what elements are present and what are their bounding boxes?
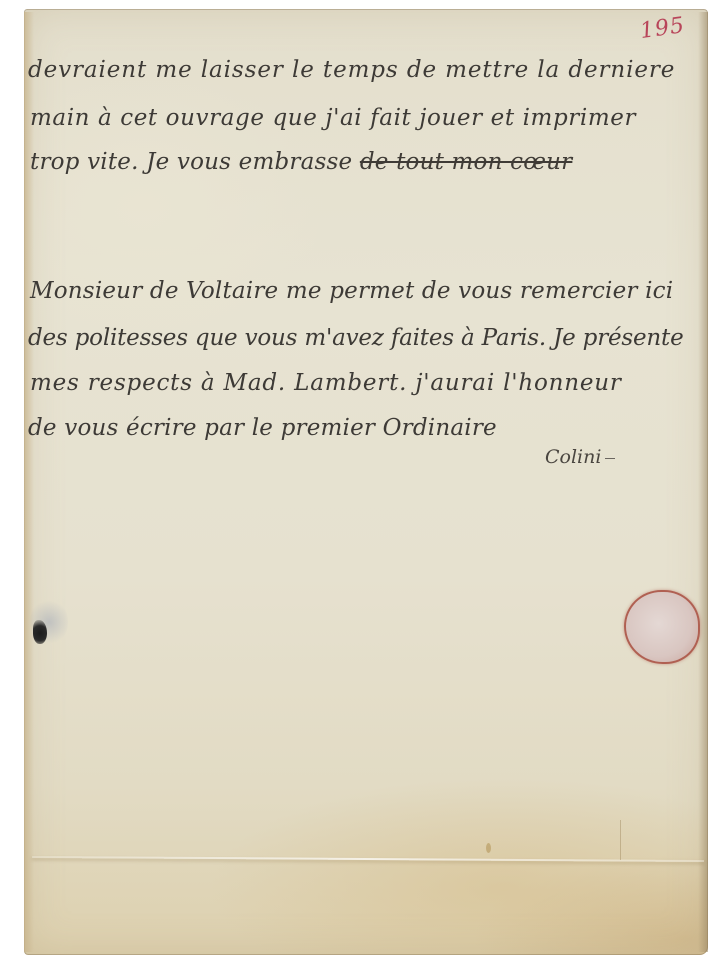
text-line: Monsieur de Voltaire me permet de vous r… xyxy=(30,278,673,304)
text-line: mes respects à Mad. Lambert. j'aurai l'h… xyxy=(30,370,622,396)
signature-name: Colini xyxy=(545,446,601,468)
text-line: trop vite. Je vous embrasse de tout mon … xyxy=(30,149,572,175)
struck-text: de tout mon cœur xyxy=(360,149,573,175)
red-wax-seal-stain xyxy=(624,590,700,664)
text-fragment: trop vite. Je vous embrasse xyxy=(30,149,360,175)
ink-blot xyxy=(33,620,47,644)
text-line: devraient me laisser le temps de mettre … xyxy=(28,57,708,83)
signature-flourish xyxy=(605,458,615,459)
page-edge-right xyxy=(698,12,708,952)
text-line: des politesses que vous m'avez faites à … xyxy=(28,325,683,351)
fold-crease-vertical xyxy=(620,820,621,860)
text-line: de vous écrire par le premier Ordinaire xyxy=(28,415,497,441)
signature: Colini xyxy=(545,446,615,468)
text-line: main à cet ouvrage que j'ai fait jouer e… xyxy=(30,105,636,131)
paper-stain xyxy=(486,843,491,853)
